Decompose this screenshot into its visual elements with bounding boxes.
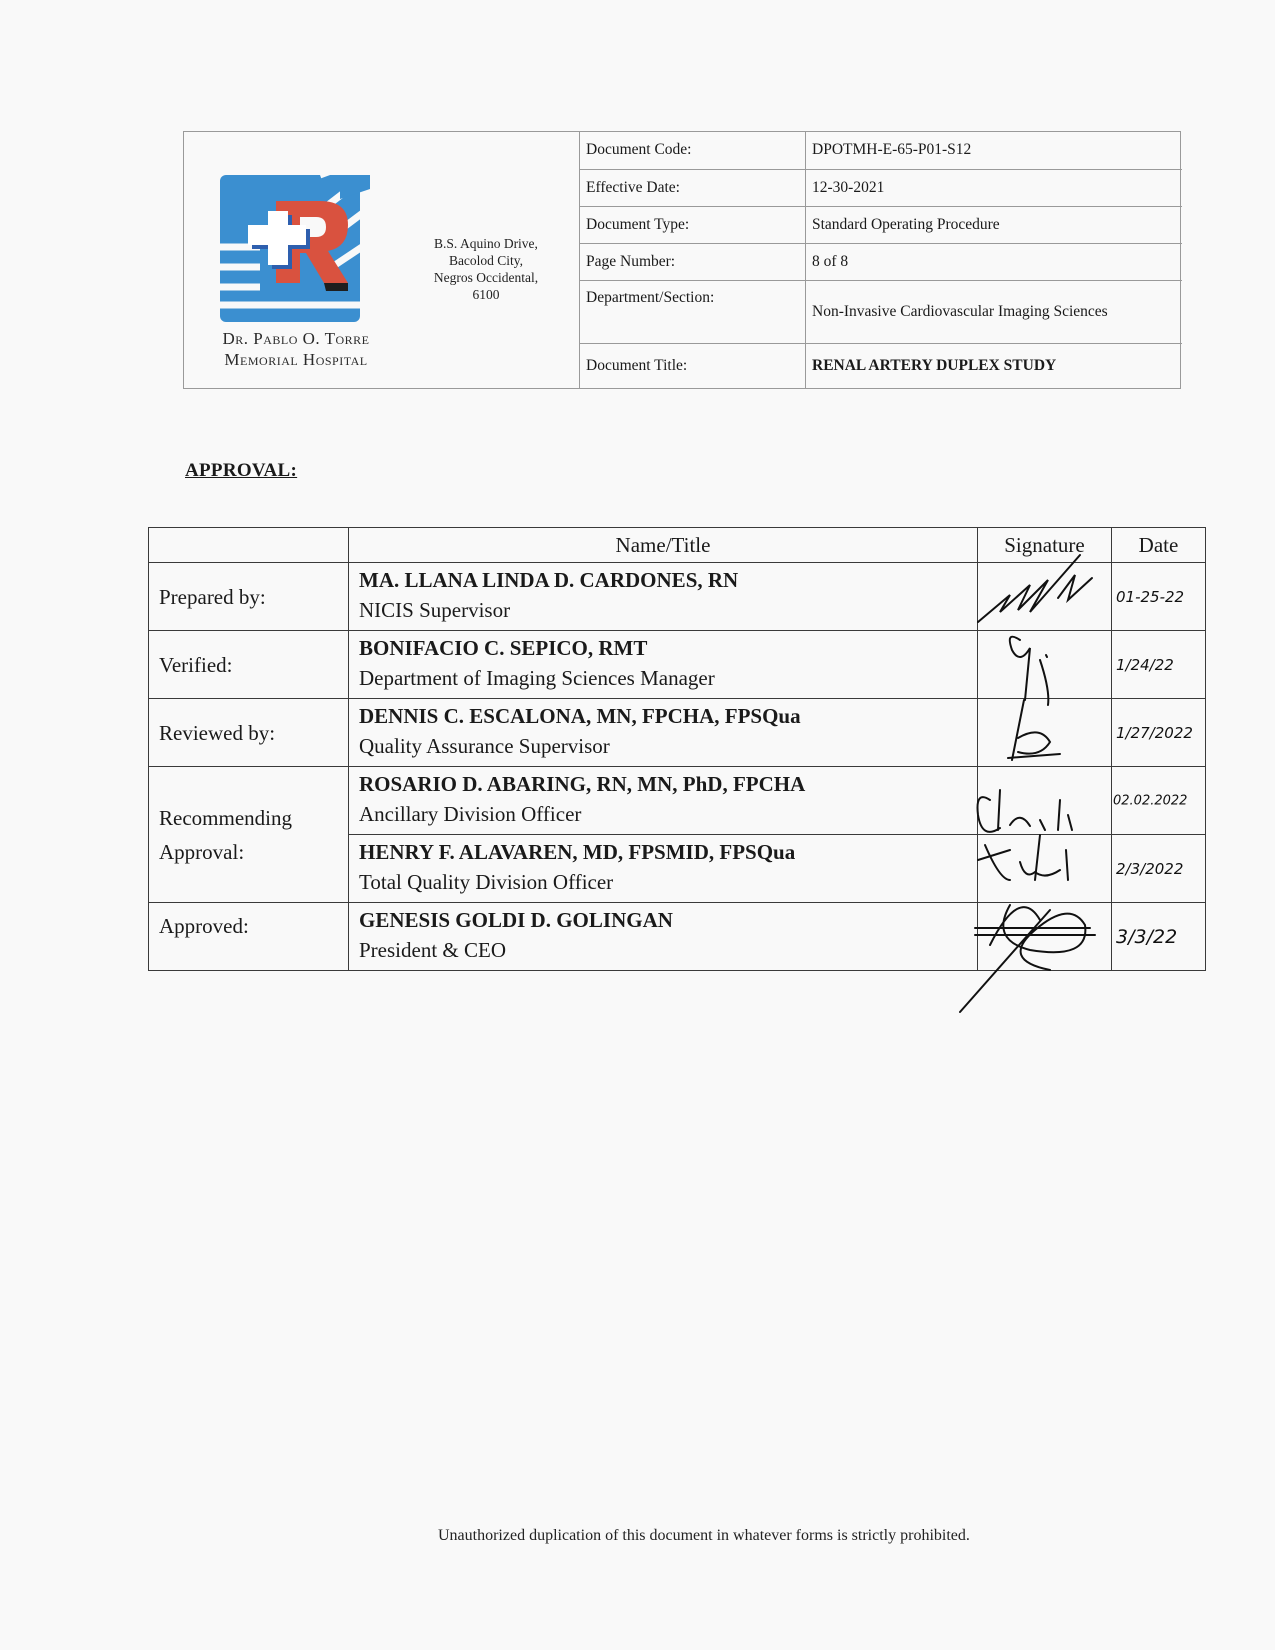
signatory-name: ROSARIO D. ABARING, RN, MN, PhD, FPCHA <box>359 769 967 799</box>
name-title-cell: DENNIS C. ESCALONA, MN, FPCHA, FPSQua Qu… <box>349 699 978 767</box>
address-line: 6100 <box>406 286 566 301</box>
role-label: Recommending Approval: <box>149 767 349 903</box>
meta-value: 8 of 8 <box>806 243 1183 280</box>
signatory-title: Department of Imaging Sciences Manager <box>359 663 967 693</box>
table-row: Recommending Approval: ROSARIO D. ABARIN… <box>149 767 1206 835</box>
signatory-name: DENNIS C. ESCALONA, MN, FPCHA, FPSQua <box>359 701 967 731</box>
table-row: Verified: BONIFACIO C. SEPICO, RMT Depar… <box>149 631 1206 699</box>
signature-cell <box>978 835 1112 903</box>
meta-label: Effective Date: <box>580 169 806 206</box>
signatory-name: BONIFACIO C. SEPICO, RMT <box>359 633 967 663</box>
document-title: RENAL ARTERY DUPLEX STUDY <box>806 343 1183 388</box>
meta-row-document-code: Document Code: DPOTMH-E-65-P01-S12 <box>580 132 1182 169</box>
date-cell: 2/3/2022 <box>1112 835 1206 903</box>
date-cell: 1/24/22 <box>1112 631 1206 699</box>
role-label: Verified: <box>149 631 349 699</box>
address-line: Negros Occidental, <box>406 269 566 286</box>
name-title-cell: BONIFACIO C. SEPICO, RMT Department of I… <box>349 631 978 699</box>
meta-row-document-title: Document Title: RENAL ARTERY DUPLEX STUD… <box>580 343 1182 388</box>
hospital-r-cross-logo-icon <box>220 175 374 322</box>
signatory-name: HENRY F. ALAVAREN, MD, FPSMID, FPSQua <box>359 837 967 867</box>
table-row: Reviewed by: DENNIS C. ESCALONA, MN, FPC… <box>149 699 1206 767</box>
signature-cell <box>978 631 1112 699</box>
meta-row-document-type: Document Type: Standard Operating Proced… <box>580 206 1182 243</box>
signature-cell <box>978 767 1112 835</box>
role-label: Approved: <box>149 903 349 971</box>
approval-heading: APPROVAL: <box>185 460 297 482</box>
meta-row-department: Department/Section: Non-Invasive Cardiov… <box>580 280 1182 343</box>
hospital-name: Dr. Pablo O. Torre Memorial Hospital <box>196 328 396 370</box>
signatory-title: NICIS Supervisor <box>359 595 967 625</box>
approval-table: Name/Title Signature Date Prepared by: M… <box>148 527 1206 971</box>
column-header-role <box>149 528 349 563</box>
meta-label: Document Title: <box>580 343 806 388</box>
address-line: Bacolod City, <box>406 252 566 269</box>
name-title-cell: GENESIS GOLDI D. GOLINGAN President & CE… <box>349 903 978 971</box>
hospital-branding: Dr. Pablo O. Torre Memorial Hospital B.S… <box>184 132 580 388</box>
meta-label: Page Number: <box>580 243 806 280</box>
address-line: B.S. Aquino Drive, <box>406 235 566 252</box>
document-metadata-table: Document Code: DPOTMH-E-65-P01-S12 Effec… <box>580 132 1182 388</box>
signed-date: 2/3/2022 <box>1116 860 1183 878</box>
meta-value: DPOTMH-E-65-P01-S12 <box>806 132 1183 169</box>
signature-cell <box>978 563 1112 631</box>
date-cell: 02.02.2022 <box>1112 767 1206 835</box>
meta-label: Department/Section: <box>580 280 806 343</box>
table-row: Prepared by: MA. LLANA LINDA D. CARDONES… <box>149 563 1206 631</box>
meta-value: Standard Operating Procedure <box>806 206 1183 243</box>
table-row: Approved: GENESIS GOLDI D. GOLINGAN Pres… <box>149 903 1206 971</box>
signature-cell <box>978 699 1112 767</box>
meta-value: 12-30-2021 <box>806 169 1183 206</box>
name-title-cell: HENRY F. ALAVAREN, MD, FPSMID, FPSQua To… <box>349 835 978 903</box>
signatory-title: President & CEO <box>359 935 967 965</box>
hospital-address: B.S. Aquino Drive, Bacolod City, Negros … <box>406 235 566 301</box>
signed-date: 1/27/2022 <box>1116 724 1193 742</box>
meta-row-effective-date: Effective Date: 12-30-2021 <box>580 169 1182 206</box>
date-cell: 3/3/22 <box>1112 903 1206 971</box>
signatory-name: GENESIS GOLDI D. GOLINGAN <box>359 905 967 935</box>
date-cell: 1/27/2022 <box>1112 699 1206 767</box>
name-title-cell: ROSARIO D. ABARING, RN, MN, PhD, FPCHA A… <box>349 767 978 835</box>
hospital-name-line1: Dr. Pablo O. Torre <box>196 328 396 349</box>
hospital-name-line2: Memorial Hospital <box>196 349 396 370</box>
document-header: Dr. Pablo O. Torre Memorial Hospital B.S… <box>183 131 1181 389</box>
signed-date: 02.02.2022 <box>1113 793 1187 808</box>
signed-date: 1/24/22 <box>1116 656 1174 674</box>
date-cell: 01-25-22 <box>1112 563 1206 631</box>
signature-cell <box>978 903 1112 971</box>
duplication-notice: Unauthorized duplication of this documen… <box>438 1527 970 1545</box>
column-header-name-title: Name/Title <box>349 528 978 563</box>
meta-label: Document Type: <box>580 206 806 243</box>
meta-row-page-number: Page Number: 8 of 8 <box>580 243 1182 280</box>
meta-label: Document Code: <box>580 132 806 169</box>
signed-date: 3/3/22 <box>1116 926 1177 948</box>
column-header-date: Date <box>1112 528 1206 563</box>
role-label: Reviewed by: <box>149 699 349 767</box>
signatory-title: Total Quality Division Officer <box>359 867 967 897</box>
signatory-title: Quality Assurance Supervisor <box>359 731 967 761</box>
approval-header-row: Name/Title Signature Date <box>149 528 1206 563</box>
signatory-name: MA. LLANA LINDA D. CARDONES, RN <box>359 565 967 595</box>
signed-date: 01-25-22 <box>1116 588 1184 606</box>
role-label: Prepared by: <box>149 563 349 631</box>
signatory-title: Ancillary Division Officer <box>359 799 967 829</box>
meta-value: Non-Invasive Cardiovascular Imaging Scie… <box>806 280 1183 343</box>
name-title-cell: MA. LLANA LINDA D. CARDONES, RN NICIS Su… <box>349 563 978 631</box>
column-header-signature: Signature <box>978 528 1112 563</box>
